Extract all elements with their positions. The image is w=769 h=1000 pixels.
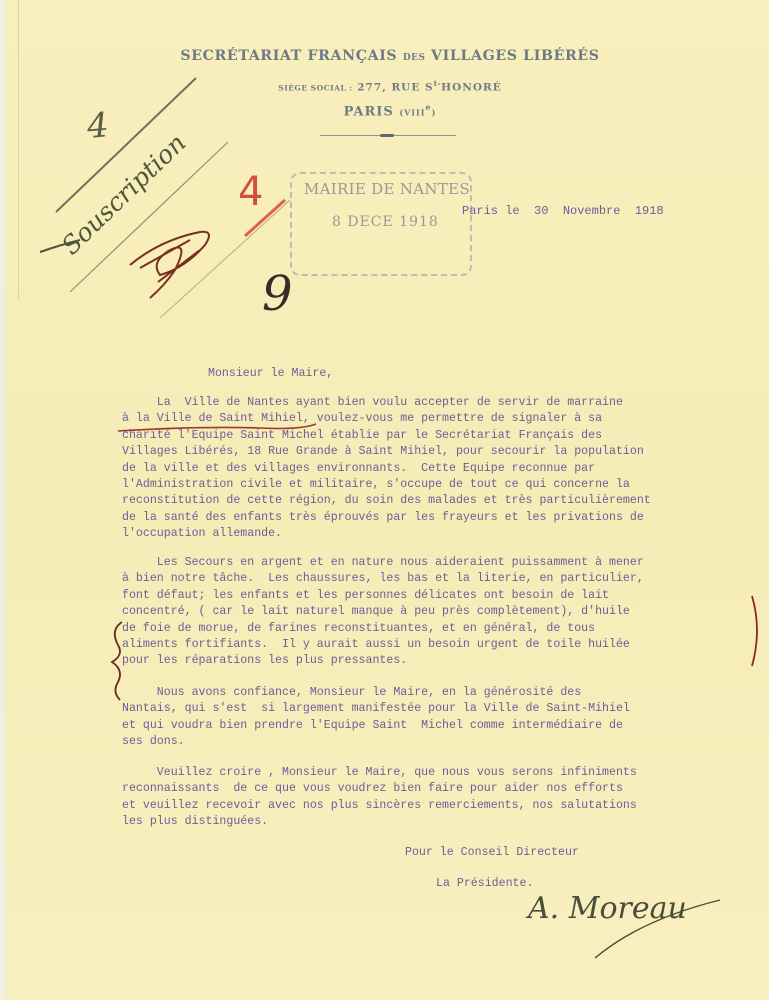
closing-president: La Présidente. [436,877,533,890]
signature-flourish [595,900,720,958]
pencil-slash [56,78,196,212]
org-name-des: DES [403,53,426,63]
red-pencil-slash [245,200,285,236]
closing-council: Pour le Conseil Directeur [405,846,579,859]
ink-number: 9 [262,266,293,322]
left-brace-mark [112,622,122,700]
letterhead-city: PARIS (VIIIe) [300,102,480,119]
paragraph-1: La Ville de Nantes ayant bien voulu acce… [122,395,651,543]
stamp-title: MAIRIE DE NANTES [304,180,470,198]
letterhead-organization: SECRÉTARIAT FRANÇAIS DES VILLAGES LIBÉRÉ… [150,48,630,64]
red-pencil-number: 4 [238,169,263,215]
paragraph-3: Nous avons confiance, Monsieur le Maire,… [122,685,630,751]
address-street: 277, RUE S [357,82,433,94]
mairie-stamp: MAIRIE DE NANTES 8 DECE 1918 [290,172,472,276]
org-name-part1: SECRÉTARIAT FRANÇAIS [180,48,397,64]
letter-date: Paris le 30 Novembre 1918 [462,204,664,218]
signature: A. Moreau [525,891,687,926]
paper-fold-line [18,0,19,300]
pencil-number: 4 [84,105,110,147]
city-name: PARIS [344,104,394,119]
pencil-slash-thin [70,142,228,292]
letterhead-divider [320,135,456,136]
paragraph-2: Les Secours en argent et en nature nous … [122,555,644,670]
address-end: HONORÉ [441,82,502,94]
faint-slash [160,200,290,318]
right-bracket-mark [752,596,757,666]
stamp-date: 8 DECE 1918 [332,214,439,230]
arrondissement-end: ) [432,107,437,117]
paper-edge [0,0,7,1000]
org-name-part2: VILLAGES LIBÉRÉS [431,48,600,64]
letterhead-address: SIÈGE SOCIAL : 277, RUE St-HONORÉ [250,79,530,94]
arrondissement: (VIII [399,107,425,117]
pencil-souscription: Souscription [56,128,191,260]
salutation: Monsieur le Maire, [208,367,333,380]
paragraph-4: Veuillez croire , Monsieur le Maire, que… [122,765,637,831]
letter-page: SECRÉTARIAT FRANÇAIS DES VILLAGES LIBÉRÉ… [0,0,769,1000]
souscription-underline [40,240,80,252]
siege-label: SIÈGE SOCIAL : [278,84,352,93]
ink-initials-scribble [130,232,209,298]
